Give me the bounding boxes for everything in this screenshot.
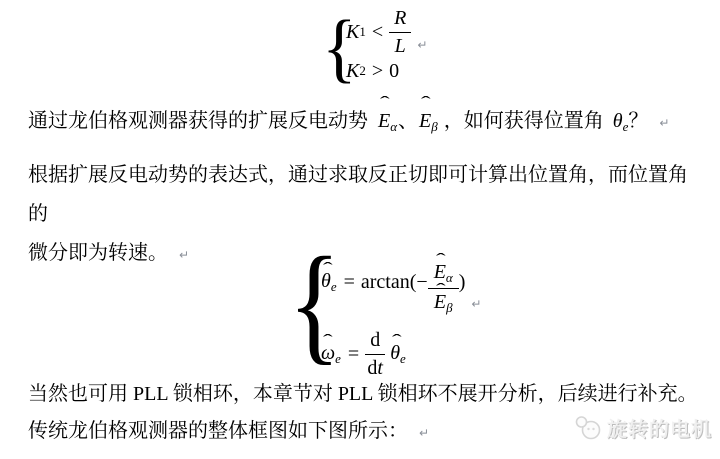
var-omega-e-hat: ˆωe [321, 342, 341, 367]
formula-angle-line2: ˆωe = d dt ˆθe [320, 329, 481, 380]
var-theta-e-hat: ˆθe [390, 342, 406, 367]
sub-2: 2 [359, 63, 366, 79]
arctan-function: arctan( [361, 271, 417, 294]
equals-operator: = [348, 343, 359, 366]
sub-e: e [335, 351, 341, 366]
paragraph3-text: 当然也可用 PLL 锁相环，本章节对 PLL 锁相环不展开分析，后续进行补充。 [28, 383, 698, 405]
minus-operator: − [416, 271, 427, 294]
var-e-beta-hat: ˆEβ [434, 291, 453, 316]
inline-math-e-alpha-hat: ˆEα [378, 104, 397, 144]
sub-beta: β [446, 300, 452, 315]
less-than-operator: < [372, 21, 383, 44]
sub-alpha: α [446, 270, 453, 285]
paragraph4-text: 传统龙伯格观测器的整体框图如下图所示： [28, 420, 408, 442]
fraction-d-over-dt: d dt [365, 329, 385, 380]
fraction-e-alpha-over-e-beta: ˆEα ˆEβ [428, 248, 459, 316]
watermark-icon [574, 414, 602, 442]
hat-accent-icon: ˆ [436, 281, 446, 298]
document-page: { K1 < R L ↵ K2 > 0 通过龙伯格观测器获得的扩展反电动势 ˆE… [0, 0, 720, 459]
sub-1: 1 [359, 24, 366, 40]
var-theta-e-hat: ˆθe [321, 270, 337, 295]
question-mark: ？ [628, 110, 648, 132]
formula-angle-speed: { ˆθe = arctan( − ˆEα ˆEβ ) ↵ ˆωe = d dt [292, 237, 481, 380]
den-d: d [367, 357, 377, 379]
den-t: t [377, 357, 383, 379]
close-paren: ) [459, 271, 466, 294]
sub-e: e [400, 351, 406, 366]
sub-e: e [331, 279, 337, 294]
left-brace-glyph: { [322, 8, 357, 86]
paragraph1-text-after: ，如何获得位置角 [444, 110, 604, 132]
paragraph-return-icon: ↵ [659, 116, 669, 130]
watermark: 旋转的电机 [574, 413, 712, 442]
equals-operator: = [344, 271, 355, 294]
paragraph2-line2: 微分即为转速。 [28, 242, 168, 264]
var-theta-e: θ [613, 110, 623, 132]
value-zero: 0 [389, 60, 399, 83]
paragraph1-text-before: 通过龙伯格观测器获得的扩展反电动势 [28, 110, 368, 132]
paragraph-return-icon: ↵ [179, 248, 189, 262]
fraction-r-over-l: R L [389, 7, 411, 58]
formula-gain-body: K1 < R L ↵ K2 > 0 [346, 6, 427, 84]
sub-alpha: α [390, 119, 397, 134]
paragraph-return-icon: ↵ [419, 426, 429, 440]
var-e-alpha: E [378, 110, 390, 132]
paragraph-observer-question: 通过龙伯格观测器获得的扩展反电动势 ˆEα、ˆEβ ，如何获得位置角 θe？ ↵ [28, 104, 706, 144]
denominator-e-beta-hat: ˆEβ [428, 289, 459, 316]
formula-gain-line1: K1 < R L ↵ [346, 6, 427, 58]
formula-angle-line1: ˆθe = arctan( − ˆEα ˆEβ ) ↵ [320, 237, 481, 327]
hat-accent-icon: ˆ [380, 94, 390, 111]
hat-accent-icon: ˆ [323, 332, 333, 349]
hat-accent-icon: ˆ [392, 332, 402, 349]
paragraph2-line1: 根据扩展反电动势的表达式，通过求取反正切即可计算出位置角，而位置角的 [28, 164, 688, 225]
numerator-r: R [389, 7, 411, 33]
watermark-label: 旋转的电机 [607, 413, 712, 442]
formula-gain-line2: K2 > 0 [346, 58, 427, 84]
enumeration-comma: 、 [398, 110, 418, 132]
paragraph-return-icon: ↵ [471, 297, 481, 311]
hat-accent-icon: ˆ [421, 94, 431, 111]
numerator-d: d [365, 329, 385, 355]
hat-accent-icon: ˆ [323, 260, 333, 277]
var-e-beta: E [419, 110, 431, 132]
formula-angle-body: ˆθe = arctan( − ˆEα ˆEβ ) ↵ ˆωe = d dt ˆ… [320, 237, 481, 380]
paragraph-return-icon: ↵ [417, 38, 427, 52]
formula-gain-conditions: { K1 < R L ↵ K2 > 0 [324, 6, 427, 84]
hat-accent-icon: ˆ [436, 251, 446, 268]
sub-beta: β [431, 119, 437, 134]
denominator-l: L [389, 33, 411, 58]
inline-math-e-beta-hat: ˆEβ [419, 104, 438, 144]
greater-than-operator: > [372, 60, 383, 83]
